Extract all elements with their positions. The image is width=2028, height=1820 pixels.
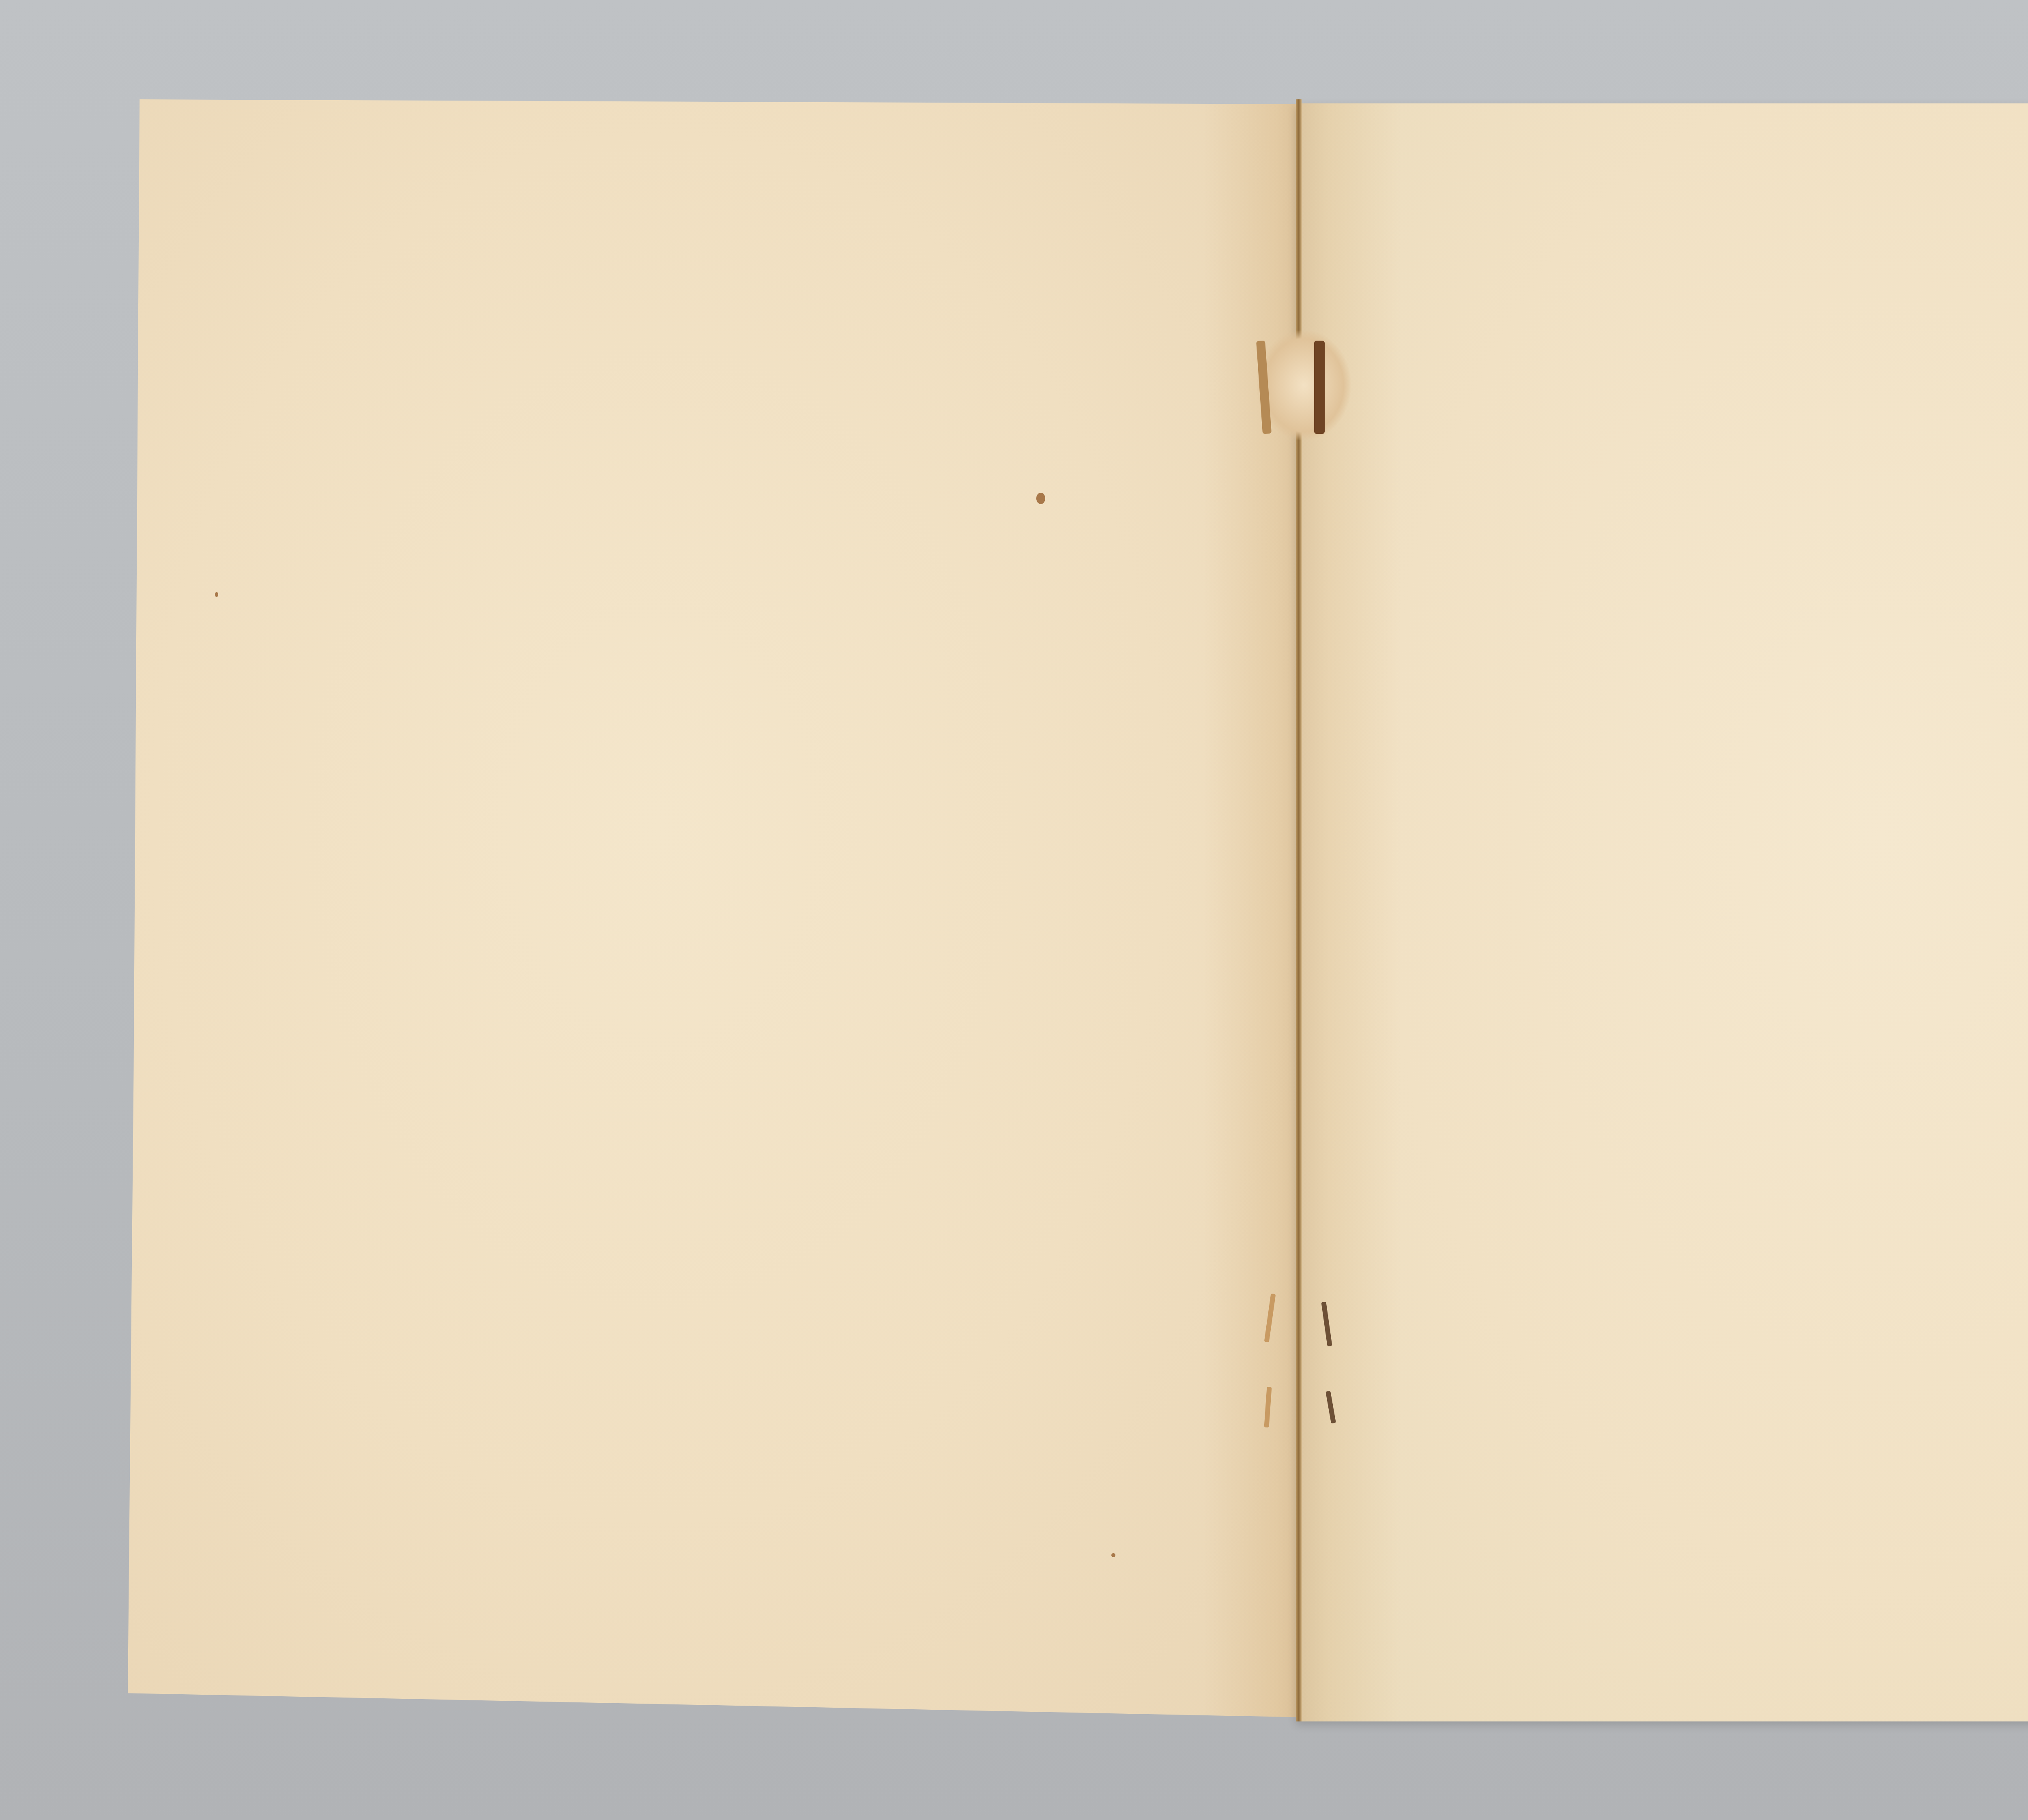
right-page	[1296, 103, 2028, 1721]
binding-thread	[1314, 341, 1325, 434]
foxing-spot	[1111, 1553, 1115, 1557]
torn-binding	[1257, 331, 1351, 440]
foxing-spot	[215, 592, 218, 597]
left-page	[128, 99, 1308, 1717]
foxing-spot	[1036, 493, 1045, 504]
